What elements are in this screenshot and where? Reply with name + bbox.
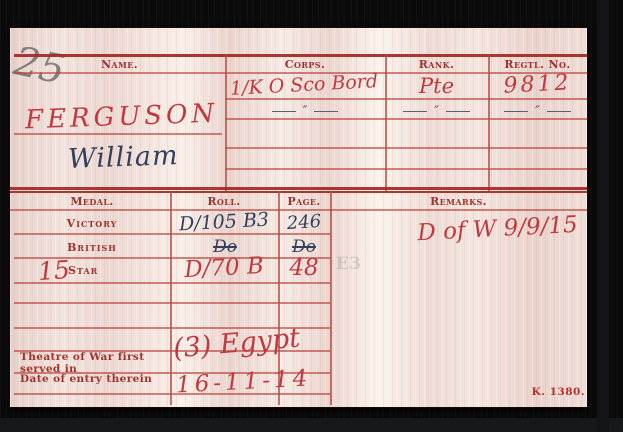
rank-ditto-mark: ″ bbox=[385, 104, 488, 119]
surname-value: FERGUSON bbox=[25, 99, 219, 136]
ruled-line bbox=[14, 302, 330, 304]
regtl-no-label: Regtl. No. bbox=[488, 58, 587, 71]
ruled-line bbox=[225, 98, 587, 100]
rank-value: Pte bbox=[385, 74, 488, 98]
top-section-rule bbox=[14, 54, 587, 57]
theatre-of-war-label: Theatre of War first served in bbox=[20, 351, 170, 375]
corps-value: 1/K O Sco Bord bbox=[228, 70, 381, 100]
medal-section-rule-1 bbox=[10, 187, 587, 190]
ditto-glyph: ″ bbox=[434, 104, 439, 119]
divider-page-remarks bbox=[330, 191, 332, 405]
medal-index-card: 25 Name. Corps. Rank. Regtl. No. FERGUSO… bbox=[10, 28, 587, 407]
remarks-column-label: Remarks. bbox=[330, 195, 587, 208]
page-column-label: Page. bbox=[278, 195, 330, 208]
page-star-value: 48 bbox=[282, 255, 326, 281]
medal-row-star-handwritten: 15 bbox=[37, 255, 71, 286]
regtl-ditto-mark: ″ bbox=[488, 104, 587, 119]
name-label: Name. bbox=[14, 58, 225, 71]
divider-name-corps bbox=[225, 54, 227, 191]
forename-value: William bbox=[67, 140, 179, 175]
roll-star-value: D/70 B bbox=[172, 252, 275, 283]
rank-label: Rank. bbox=[385, 58, 488, 71]
corps-label: Corps. bbox=[225, 58, 385, 71]
roll-victory-value: D/105 B3 bbox=[172, 208, 275, 235]
page-british-ditto: Do bbox=[282, 237, 326, 257]
faint-stamp-mark: E3 bbox=[336, 254, 361, 274]
scan-bottom-band bbox=[0, 418, 623, 432]
page-victory-value: 246 bbox=[279, 210, 328, 234]
medal-column-label: Medal. bbox=[14, 195, 170, 208]
ruled-line bbox=[225, 147, 587, 149]
ditto-glyph: ″ bbox=[303, 104, 308, 119]
ditto-glyph: ″ bbox=[535, 104, 540, 119]
medal-section-rule-2 bbox=[10, 191, 587, 193]
roll-column-label: Roll. bbox=[170, 195, 278, 208]
medal-row-star-label: Star bbox=[68, 264, 112, 277]
form-reference-number: K. 1380. bbox=[530, 386, 585, 398]
regtl-no-value: 9812 bbox=[487, 69, 587, 99]
medal-row-british-label: British bbox=[14, 241, 170, 254]
medal-row-victory-label: Victory bbox=[14, 217, 170, 230]
header-underline-medal bbox=[10, 209, 587, 211]
scan-right-band bbox=[597, 0, 609, 432]
theatre-of-war-value: (3) Egypt bbox=[172, 323, 301, 365]
ruled-line bbox=[225, 168, 587, 170]
date-of-entry-label: Date of entry therein bbox=[20, 373, 170, 385]
ruled-line bbox=[14, 393, 330, 395]
corps-ditto-mark: ″ bbox=[225, 104, 385, 119]
remarks-value: D of W 9/9/15 bbox=[409, 211, 585, 246]
